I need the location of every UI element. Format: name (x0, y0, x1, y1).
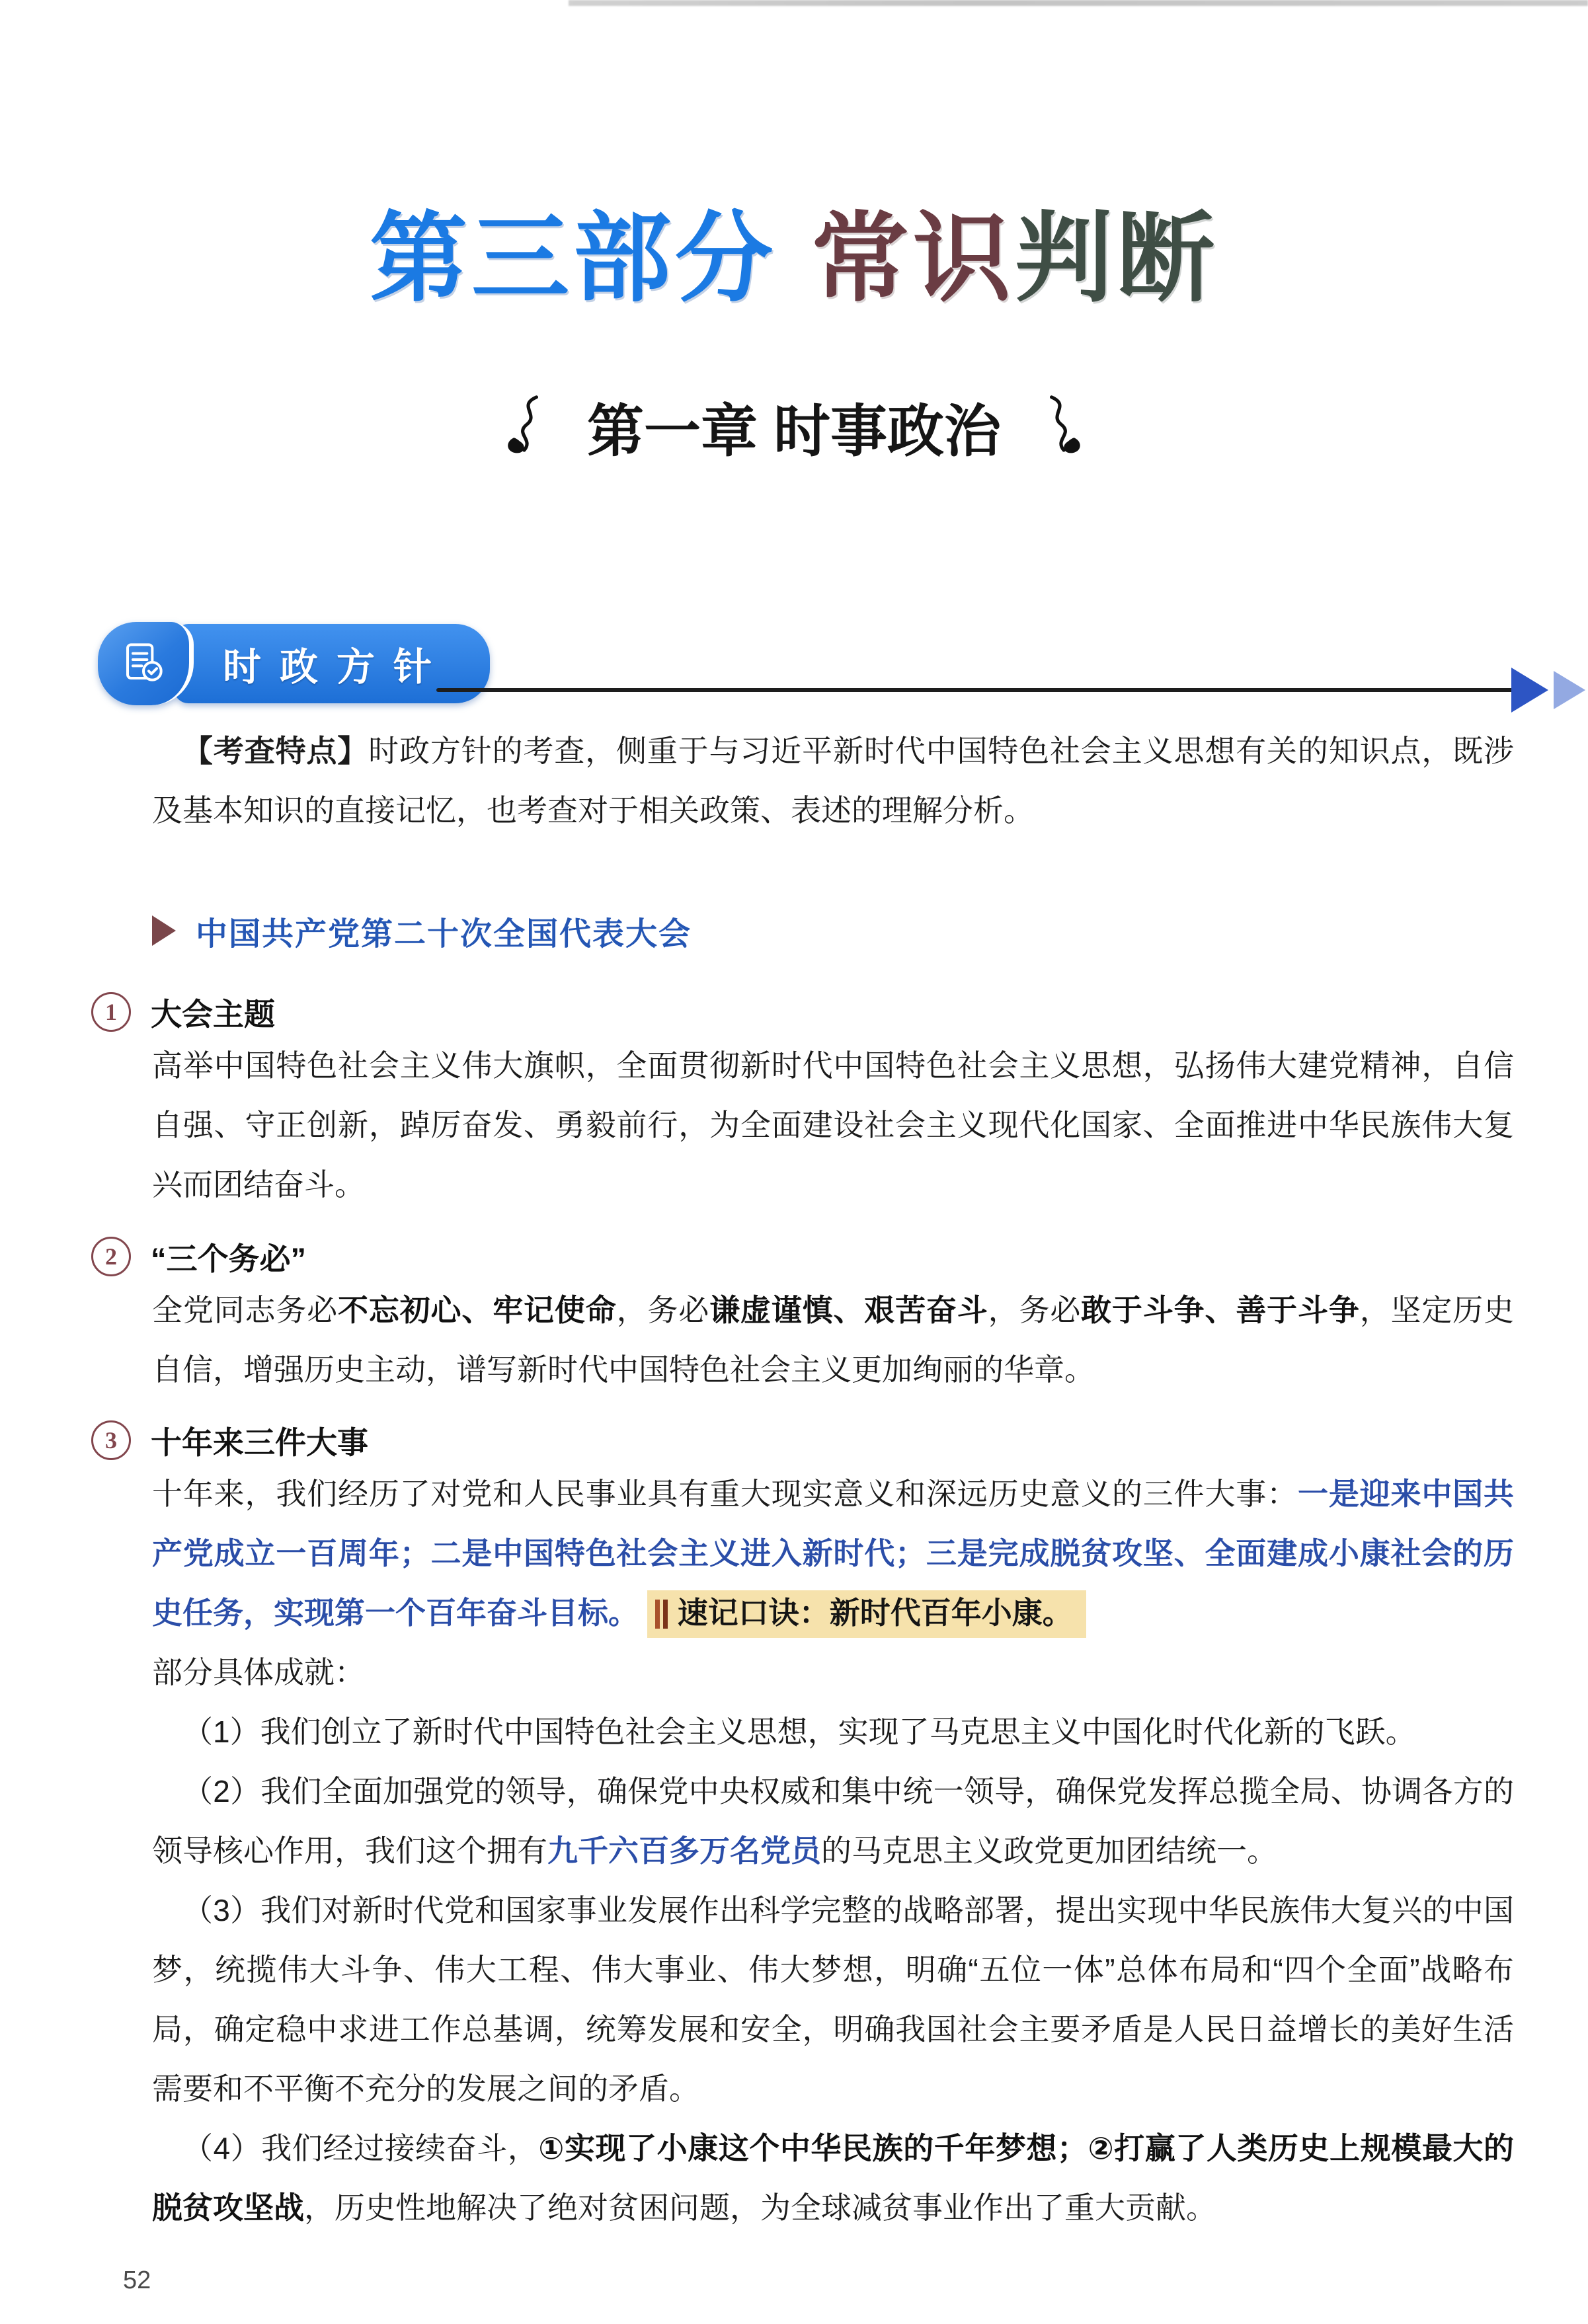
arrow-triangle-mid (1554, 671, 1585, 709)
topic-heading-text: 中国共产党第二十次全国代表大会 (196, 908, 692, 954)
text-run: ，务必 (988, 1293, 1082, 1327)
emphasis-bold: 敢于斗争、善于斗争 (1081, 1293, 1360, 1327)
badge-leaf (98, 622, 194, 705)
achievement-3-paragraph: （3）我们对新时代党和国家事业发展作出科学完整的战略部署，提出实现中华民族伟大复… (152, 1880, 1514, 2118)
mnemonic-highlight: 速记口诀：新时代百年小康。 (647, 1590, 1086, 1638)
scan-artifact (569, 0, 1588, 6)
chevron-arrows-icon (1511, 668, 1588, 713)
section-item-3: 3 十年来三件大事 (91, 1416, 1514, 1464)
fleuron-ornament-icon (1038, 393, 1086, 470)
mnemonic-marker-icon (655, 1583, 671, 1643)
fleuron-ornament-icon (502, 393, 550, 470)
text-run: ，历史性地解决了绝对贫困问题，为全球减贫事业作出了重大贡献。 (304, 2190, 1216, 2225)
document-check-icon (122, 641, 165, 687)
part-subject-second: 判断 (1015, 204, 1218, 313)
chapter-title-text: 第一章 时事政治 (587, 399, 1001, 465)
congress-theme-paragraph: 高举中国特色社会主义伟大旗帜，全面贯彻新时代中国特色社会主义思想，弘扬伟大建党精… (152, 1036, 1514, 1214)
text-run: 全党同志务必 (152, 1293, 338, 1327)
triangle-bullet-icon (152, 915, 176, 946)
part-number: 第三部分 (370, 204, 777, 313)
circled-number-1: 1 (91, 992, 131, 1032)
section-item-2: 2 “三个务必” (91, 1233, 1514, 1280)
text-run: 十年来，我们经历了对党和人民事业具有重大现实意义和深远历史意义的三件大事： (152, 1477, 1298, 1511)
achievement-2-paragraph: （2）我们全面加强党的领导，确保党中央权威和集中统一领导，确保党发挥总揽全局、协… (152, 1762, 1514, 1880)
arrow-triangle-dark (1511, 668, 1548, 713)
section-title-1: 大会主题 (151, 990, 275, 1034)
badge-label: 时政方针 (223, 636, 450, 691)
mnemonic-text: 速记口诀：新时代百年小康。 (678, 1596, 1073, 1630)
section-title-3: 十年来三件大事 (151, 1418, 368, 1463)
circled-number-3: 3 (91, 1420, 131, 1460)
section-item-1: 1 大会主题 (91, 988, 1514, 1036)
achievements-subhead: 部分具体成就： (152, 1643, 1514, 1702)
emphasis-bold: 谦虚谨慎、艰苦奋斗 (709, 1293, 988, 1327)
text-run: 的马克思主义政党更加团结统一。 (821, 1834, 1277, 1868)
circled-number-2: 2 (91, 1237, 131, 1276)
three-events-paragraph: 十年来，我们经历了对党和人民事业具有重大现实意义和深远历史意义的三件大事：一是迎… (152, 1464, 1514, 1643)
exam-feature-lead: 【考查特点】 (182, 734, 368, 768)
section-badge: 时政方针 (98, 622, 490, 705)
text-run: ，务必 (617, 1293, 710, 1327)
chapter-title: 第一章 时事政治 (0, 393, 1588, 470)
emphasis-bold: 不忘初心、牢记使命 (338, 1293, 617, 1327)
page-number: 52 (0, 2264, 1588, 2297)
three-musts-paragraph: 全党同志务必不忘初心、牢记使命，务必谦虚谨慎、艰苦奋斗，务必敢于斗争、善于斗争，… (152, 1280, 1514, 1399)
section-header-band: 时政方针 (0, 622, 1588, 721)
section-title-2: “三个务必” (151, 1235, 306, 1279)
topic-heading: 中国共产党第二十次全国代表大会 (152, 908, 1514, 954)
part-title: 第三部分常识判断 (0, 210, 1588, 308)
achievement-1-paragraph: （1）我们创立了新时代中国特色社会主义思想，实现了马克思主义中国化时代化新的飞跃… (152, 1702, 1514, 1762)
text-run: （4）我们经过接续奋斗， (182, 2131, 538, 2165)
header-rule-line (436, 688, 1514, 692)
exam-feature-paragraph: 【考查特点】时政方针的考查，侧重于与习近平新时代中国特色社会主义思想有关的知识点… (152, 721, 1514, 840)
page-content: 【考查特点】时政方针的考查，侧重于与习近平新时代中国特色社会主义思想有关的知识点… (0, 721, 1588, 2237)
achievement-4-paragraph: （4）我们经过接续奋斗，①实现了小康这个中华民族的千年梦想；②打赢了人类历史上规… (152, 2118, 1514, 2237)
part-subject-first: 常识 (811, 204, 1015, 313)
emphasis-blue: 九千六百多万名党员 (547, 1834, 821, 1868)
